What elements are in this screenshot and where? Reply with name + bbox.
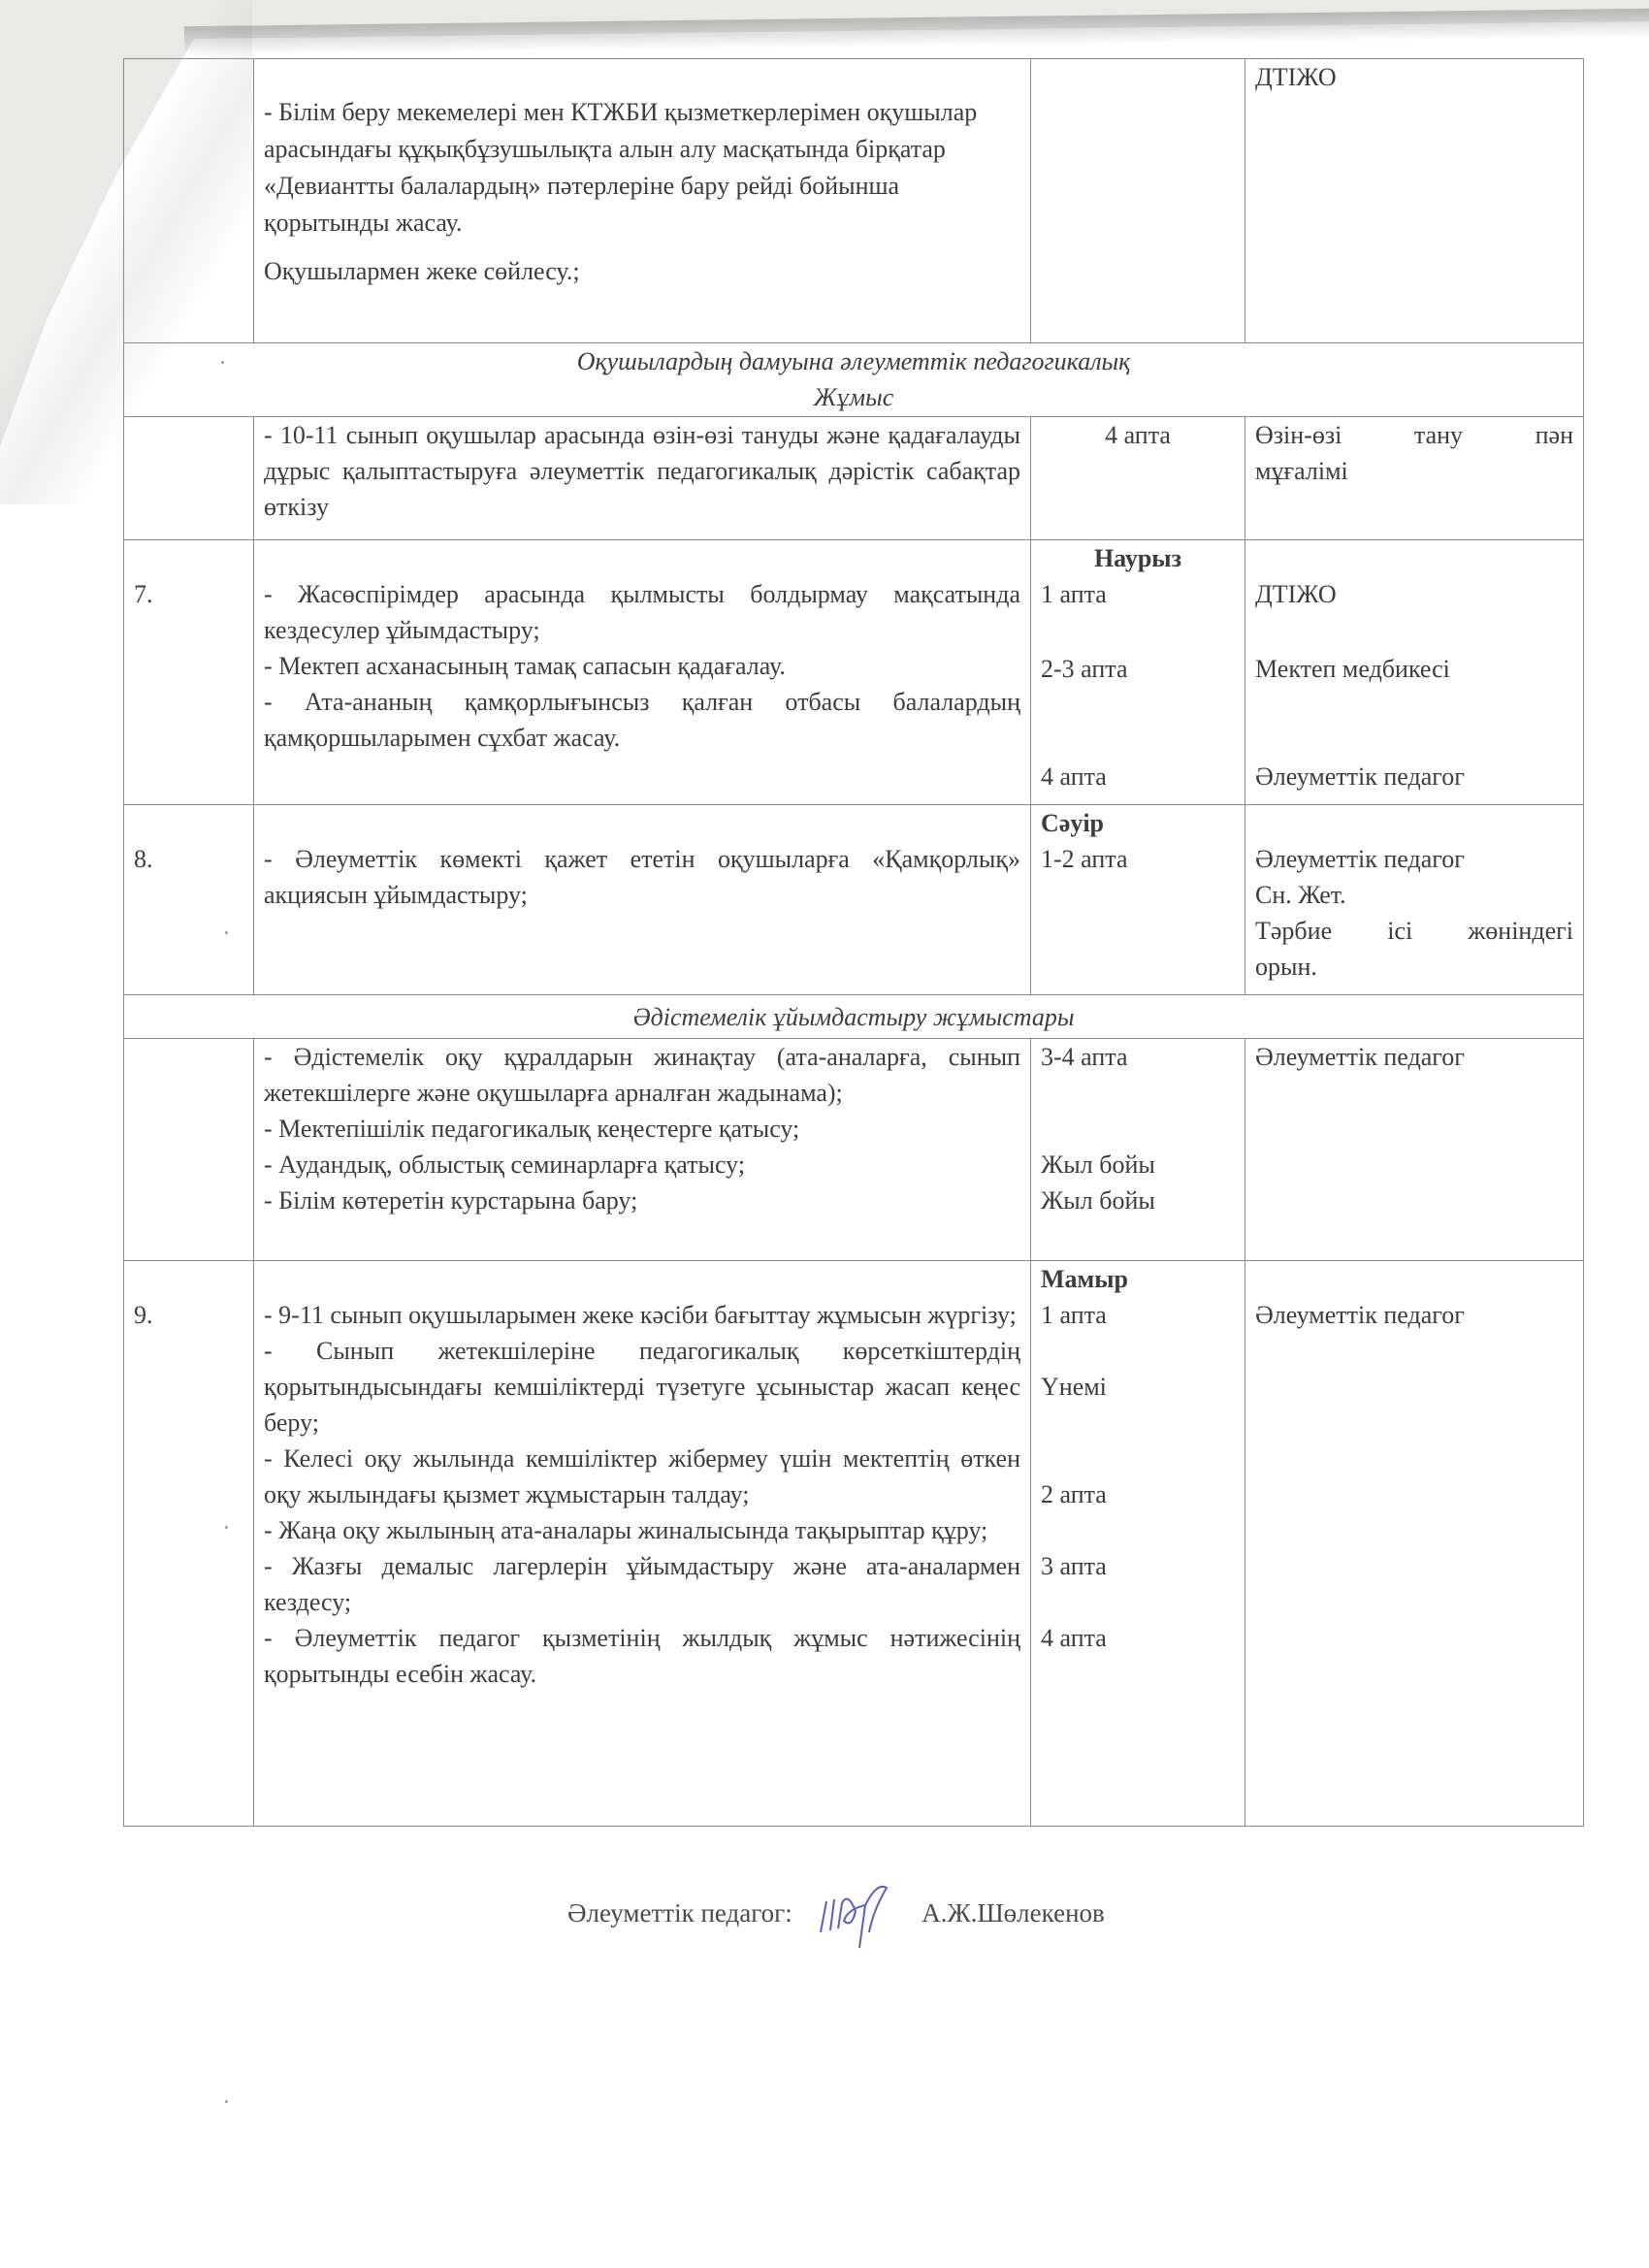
activity-cell: - 9-11 сынып оқушыларымен жеке кәсіби ба…: [254, 1261, 1031, 1827]
table-row: 7. - Жасөспірімдер арасында қылмысты бол…: [124, 540, 1584, 805]
activity-text: - 10-11 сынып оқушылар арасында өзін-өзі…: [264, 417, 1020, 525]
month-label: Наурыз: [1041, 540, 1235, 576]
scan-speck: [225, 2100, 228, 2103]
section-header-row: Әдістемелік ұйымдастыру жұмыстары: [124, 995, 1584, 1039]
activity-text: - Келесі оқу жылында кемшіліктер жіберме…: [264, 1441, 1020, 1512]
signatory-name: А.Ж.Шөлекенов: [921, 1898, 1105, 1928]
activity-text: - Әлеуметтік көмекті қажет ететін оқушыл…: [264, 841, 1020, 913]
table-row: 8. - Әлеуметтік көмекті қажет ететін оқу…: [124, 805, 1584, 995]
row-number-cell: 8.: [124, 805, 254, 995]
activity-text: - Жазғы демалыс лагерлерін ұйымдастыру ж…: [264, 1548, 1020, 1620]
responsible-text: ДТІЖО: [1255, 63, 1337, 91]
row-number-cell: [124, 59, 254, 343]
activity-cell: - Білім беру мекемелері мен КТЖБИ қызмет…: [254, 59, 1031, 343]
time-cell: Сәуір 1-2 апта: [1031, 805, 1245, 995]
month-label: Сәуір: [1041, 805, 1235, 841]
row-number-cell: 9.: [124, 1261, 254, 1827]
row-number-cell: [124, 417, 254, 540]
handwritten-signature-icon: [809, 1882, 906, 1950]
section-title: Әдістемелік ұйымдастыру жұмыстары: [124, 995, 1584, 1039]
activity-cell: - Әлеуметтік көмекті қажет ететін оқушыл…: [254, 805, 1031, 995]
table-row: - 10-11 сынып оқушылар арасында өзін-өзі…: [124, 417, 1584, 540]
time-cell: 4 апта: [1031, 417, 1245, 540]
activity-text: - Әдістемелік оқу құралдарын жинақтау (а…: [264, 1039, 1020, 1111]
activity-text: - Білім көтеретін курстарына бару;: [264, 1183, 1020, 1218]
activity-cell: - Әдістемелік оқу құралдарын жинақтау (а…: [254, 1039, 1031, 1261]
scan-speck: [221, 361, 224, 364]
activity-text: Оқушылармен жеке сөйлесу.;: [264, 253, 1020, 290]
responsible-cell: Әлеуметтік педагог: [1245, 1261, 1584, 1827]
responsible-cell: Әлеуметтік педагог: [1245, 1039, 1584, 1261]
activity-text: - 9-11 сынып оқушыларымен жеке кәсіби ба…: [264, 1297, 1020, 1333]
scan-speck: [225, 931, 228, 934]
responsible-cell: Әлеуметтік педагог Сн. Жет. Тәрбие ісі ж…: [1245, 805, 1584, 995]
activity-text: - Мектеп асханасының тамақ сапасын қадағ…: [264, 648, 1020, 684]
activity-text: - Мектепішілік педагогикалық кеңестерге …: [264, 1111, 1020, 1147]
signature-block: Әлеуметтік педагог: А.Ж.Шөлекенов: [567, 1882, 1105, 1950]
time-cell: 3-4 апта Жыл бойы Жыл бойы: [1031, 1039, 1245, 1261]
activity-cell: - Жасөспірімдер арасында қылмысты болдыр…: [254, 540, 1031, 805]
row-number-cell: 7.: [124, 540, 254, 805]
section-header-row: Оқушылардың дамуына әлеуметтік педагогик…: [124, 343, 1584, 417]
activity-cell: - 10-11 сынып оқушылар арасында өзін-өзі…: [254, 417, 1031, 540]
activity-text: - Сынып жетекшілеріне педагогикалық көрс…: [264, 1333, 1020, 1441]
time-cell: [1031, 59, 1245, 343]
scan-speck: [225, 1526, 228, 1529]
activity-text: - Жасөспірімдер арасында қылмысты болдыр…: [264, 576, 1020, 648]
activity-text: - Білім беру мекемелері мен КТЖБИ қызмет…: [264, 94, 1020, 242]
time-text: 4 апта: [1105, 421, 1171, 449]
activity-text: - Ата-ананың қамқорлығынсыз қалған отбас…: [264, 684, 1020, 756]
activity-text: - Аудандық, облыстық семинарларға қатысу…: [264, 1147, 1020, 1183]
month-label: Мамыр: [1041, 1261, 1235, 1297]
responsible-cell: ДТІЖО: [1245, 59, 1584, 343]
time-cell: Наурыз 1 апта 2-3 апта 4 апта: [1031, 540, 1245, 805]
activity-text: - Жаңа оқу жылының ата-аналары жиналысын…: [264, 1512, 1020, 1548]
responsible-cell: ДТІЖО Мектеп медбикесі Әлеуметтік педаго…: [1245, 540, 1584, 805]
table-row: - Әдістемелік оқу құралдарын жинақтау (а…: [124, 1039, 1584, 1261]
responsible-cell: Өзін-өзі тану пән мұғалімі: [1245, 417, 1584, 540]
activity-text: - Әлеуметтік педагог қызметінің жылдық ж…: [264, 1620, 1020, 1692]
work-plan-table: - Білім беру мекемелері мен КТЖБИ қызмет…: [123, 58, 1584, 1827]
time-cell: Мамыр 1 апта Үнемі 2 апта 3 апта 4 апта: [1031, 1261, 1245, 1827]
signature-label: Әлеуметтік педагог:: [567, 1898, 792, 1928]
table-row: - Білім беру мекемелері мен КТЖБИ қызмет…: [124, 59, 1584, 343]
row-number-cell: [124, 1039, 254, 1261]
table-row: 9. - 9-11 сынып оқушыларымен жеке кәсіби…: [124, 1261, 1584, 1827]
section-title: Оқушылардың дамуына әлеуметтік педагогик…: [124, 343, 1584, 417]
